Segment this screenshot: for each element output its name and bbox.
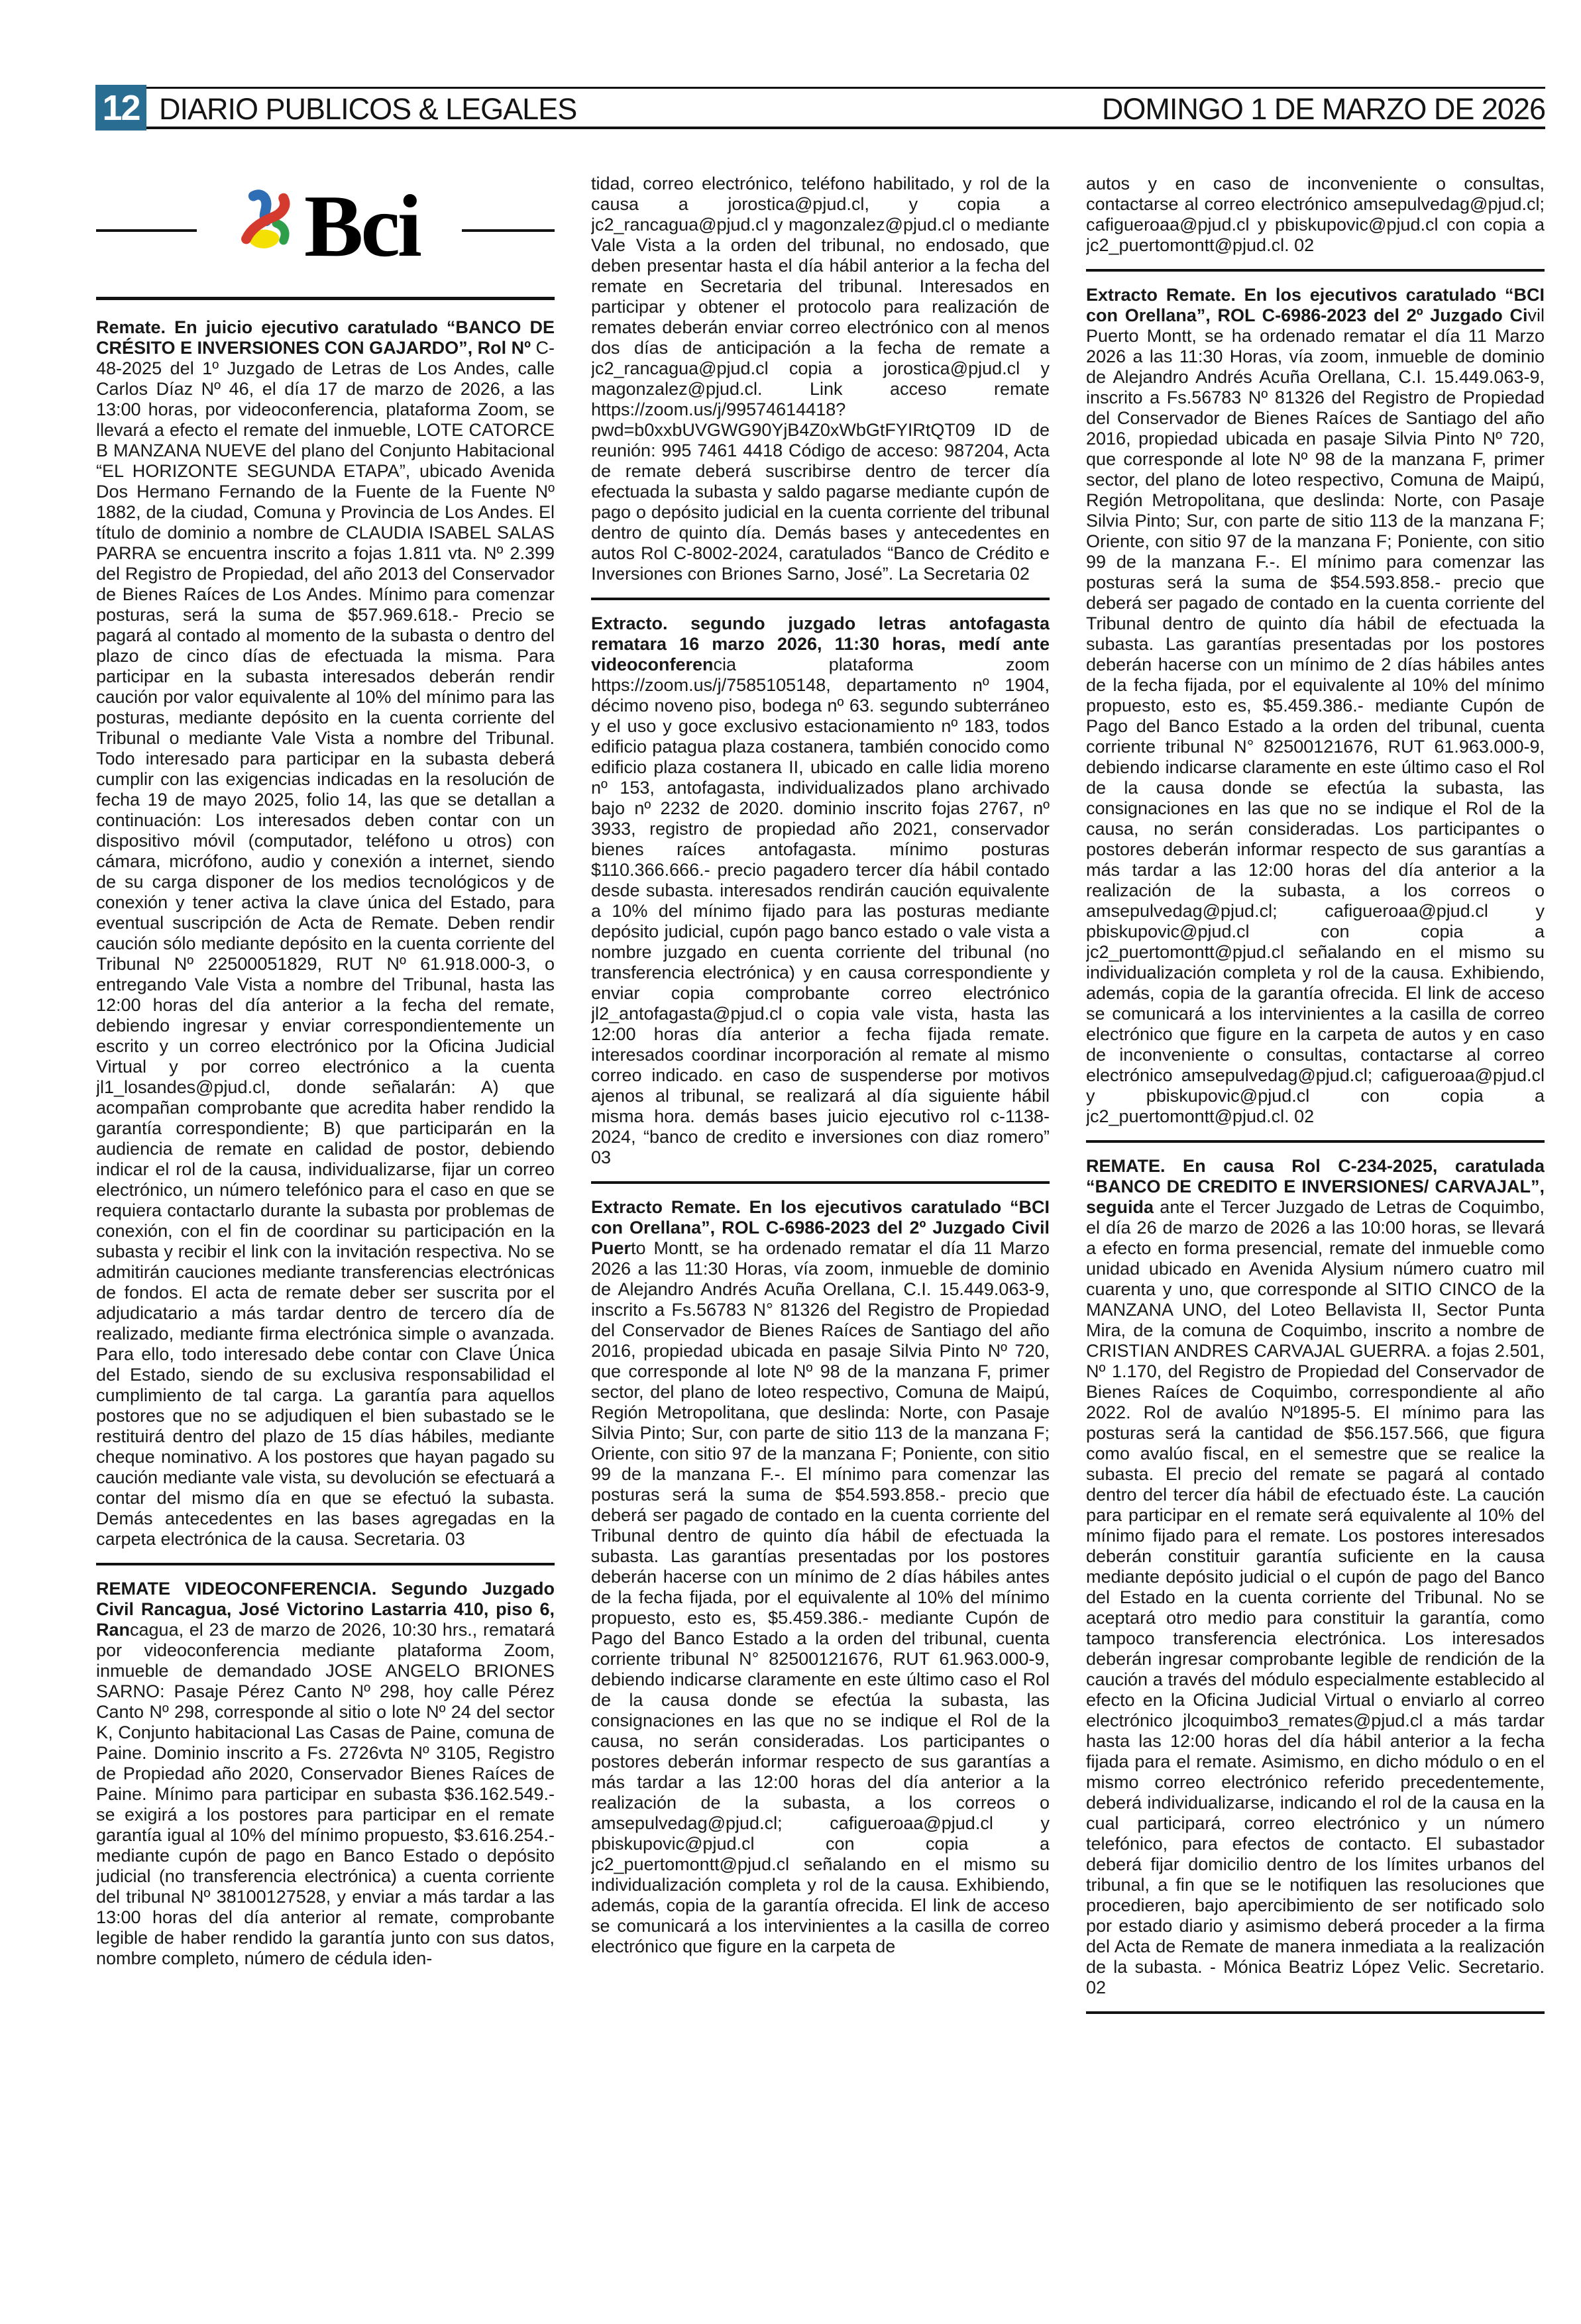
notice-body: cia plataforma zoom https://zoom.us/j/75…: [591, 655, 1050, 1167]
bci-logo: Bci: [231, 178, 419, 274]
notice-lead: Extracto Remate. En los ejecutivos carat…: [1086, 285, 1545, 325]
header-bottom-rule: [95, 127, 1545, 129]
bci-wordmark: Bci: [304, 182, 419, 270]
notice-body: C-48-2025 del 1º Juzgado de Letras de Lo…: [96, 338, 555, 1549]
notice-body: to Montt, se ha ordenado rematar el día …: [591, 1238, 1050, 1956]
notice-extracto-bci-orellana: Extracto Remate. En los ejecutivos carat…: [591, 1197, 1050, 1957]
notice-remate-gajardo: Remate. En juicio ejecutivo caratulado “…: [96, 317, 555, 1550]
page-number: 12: [102, 87, 139, 129]
divider: [591, 1181, 1050, 1184]
notice-body: ante el Tercer Juzgado de Letras de Coqu…: [1086, 1197, 1545, 1997]
column-3: autos y en caso de inconveniente o consu…: [1086, 174, 1545, 2317]
notice-remate-carvajal: REMATE. En causa Rol C-234-2025, caratul…: [1086, 1156, 1545, 1998]
divider: [1086, 1140, 1545, 1143]
column-1: Bci Remate. En juicio ejecutivo caratula…: [96, 174, 555, 2317]
notice-lead: Remate. En juicio ejecutivo caratulado “…: [96, 317, 555, 358]
divider: [96, 297, 555, 300]
bci-logo-icon: [231, 178, 303, 274]
column-2: tidad, correo electrónico, teléfono habi…: [591, 174, 1050, 2317]
divider: [1086, 2011, 1545, 2014]
notice-body: cagua, el 23 de marzo de 2026, 10:30 hrs…: [96, 1620, 555, 1968]
notice-continuation-puerto-montt: autos y en caso de inconveniente o consu…: [1086, 174, 1545, 256]
divider: [591, 598, 1050, 600]
divider: [96, 1563, 555, 1565]
logo-right-rule: [462, 229, 555, 232]
notice-remate-videoconferencia: REMATE VIDEOCONFERENCIA. Segundo Juzgado…: [96, 1579, 555, 1969]
divider: [1086, 269, 1545, 272]
notice-body: vil Puerto Montt, se ha ordenado rematar…: [1086, 305, 1545, 1126]
page-number-badge: 12: [95, 85, 146, 131]
notice-extracto-antofagasta: Extracto. segundo juzgado letras antofag…: [591, 613, 1050, 1168]
edition-date: DOMINGO 1 DE MARZO DE 2026: [1102, 92, 1545, 127]
notice-extracto-bci-orellana-2: Extracto Remate. En los ejecutivos carat…: [1086, 285, 1545, 1127]
notice-continuation-rancagua: tidad, correo electrónico, teléfono habi…: [591, 174, 1050, 584]
bci-logo-block: Bci: [96, 174, 555, 291]
logo-left-rule: [96, 229, 197, 232]
header-top-rule: [95, 87, 1545, 89]
masthead-title: DIARIO PUBLICOS & LEGALES: [159, 92, 576, 127]
